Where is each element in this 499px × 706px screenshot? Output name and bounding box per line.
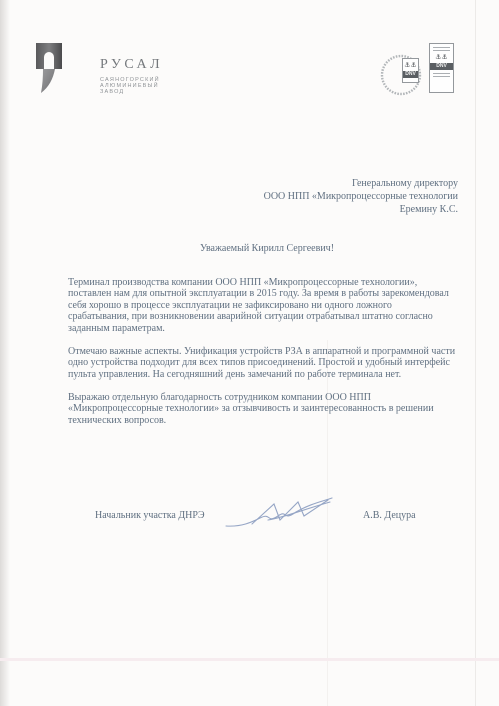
dnv-certification-stamp: ⚓⚓ DNV [429,43,454,93]
dnv-certification-badge: ⚓⚓ DNV [402,58,419,83]
recipient-block: Генеральному директору ООО НПП «Микропро… [198,177,458,216]
scan-edge-shadow [0,0,10,706]
letter-body: Терминал производства компании ООО НПП «… [68,265,468,438]
dnv-anchor-icon: ⚓⚓ [435,54,448,61]
scan-artifact-line [0,658,499,661]
brand-name: РУСАЛ [100,57,163,73]
plant-name: САЯНОГОРСКИЙ АЛЮМИНИЕВЫЙ ЗАВОД [100,77,160,95]
dnv-label: DNV [430,63,453,70]
paragraph: Отмечаю важные аспекты. Унификация устро… [68,346,468,381]
rusal-logo-icon [36,43,62,95]
handwritten-signature [222,494,337,534]
salutation: Уважаемый Кирилл Сергеевич! [200,243,334,254]
scan-artifact-line [475,0,476,706]
signer-name: А.В. Децура [363,510,416,521]
paragraph: Терминал производства компании ООО НПП «… [68,277,468,335]
microtext-line [433,73,450,74]
dnv-label: DNV [403,71,418,78]
microtext-line [433,76,450,77]
scanned-letter-page: РУСАЛ САЯНОГОРСКИЙ АЛЮМИНИЕВЫЙ ЗАВОД ⚓⚓ … [0,0,499,706]
microtext-line [433,50,450,51]
paragraph: Выражаю отдельную благодарность сотрудни… [68,392,468,427]
microtext-line [433,47,450,48]
dnv-anchor-icon: ⚓⚓ [404,62,417,69]
signer-position: Начальник участка ДНРЭ [95,510,205,521]
